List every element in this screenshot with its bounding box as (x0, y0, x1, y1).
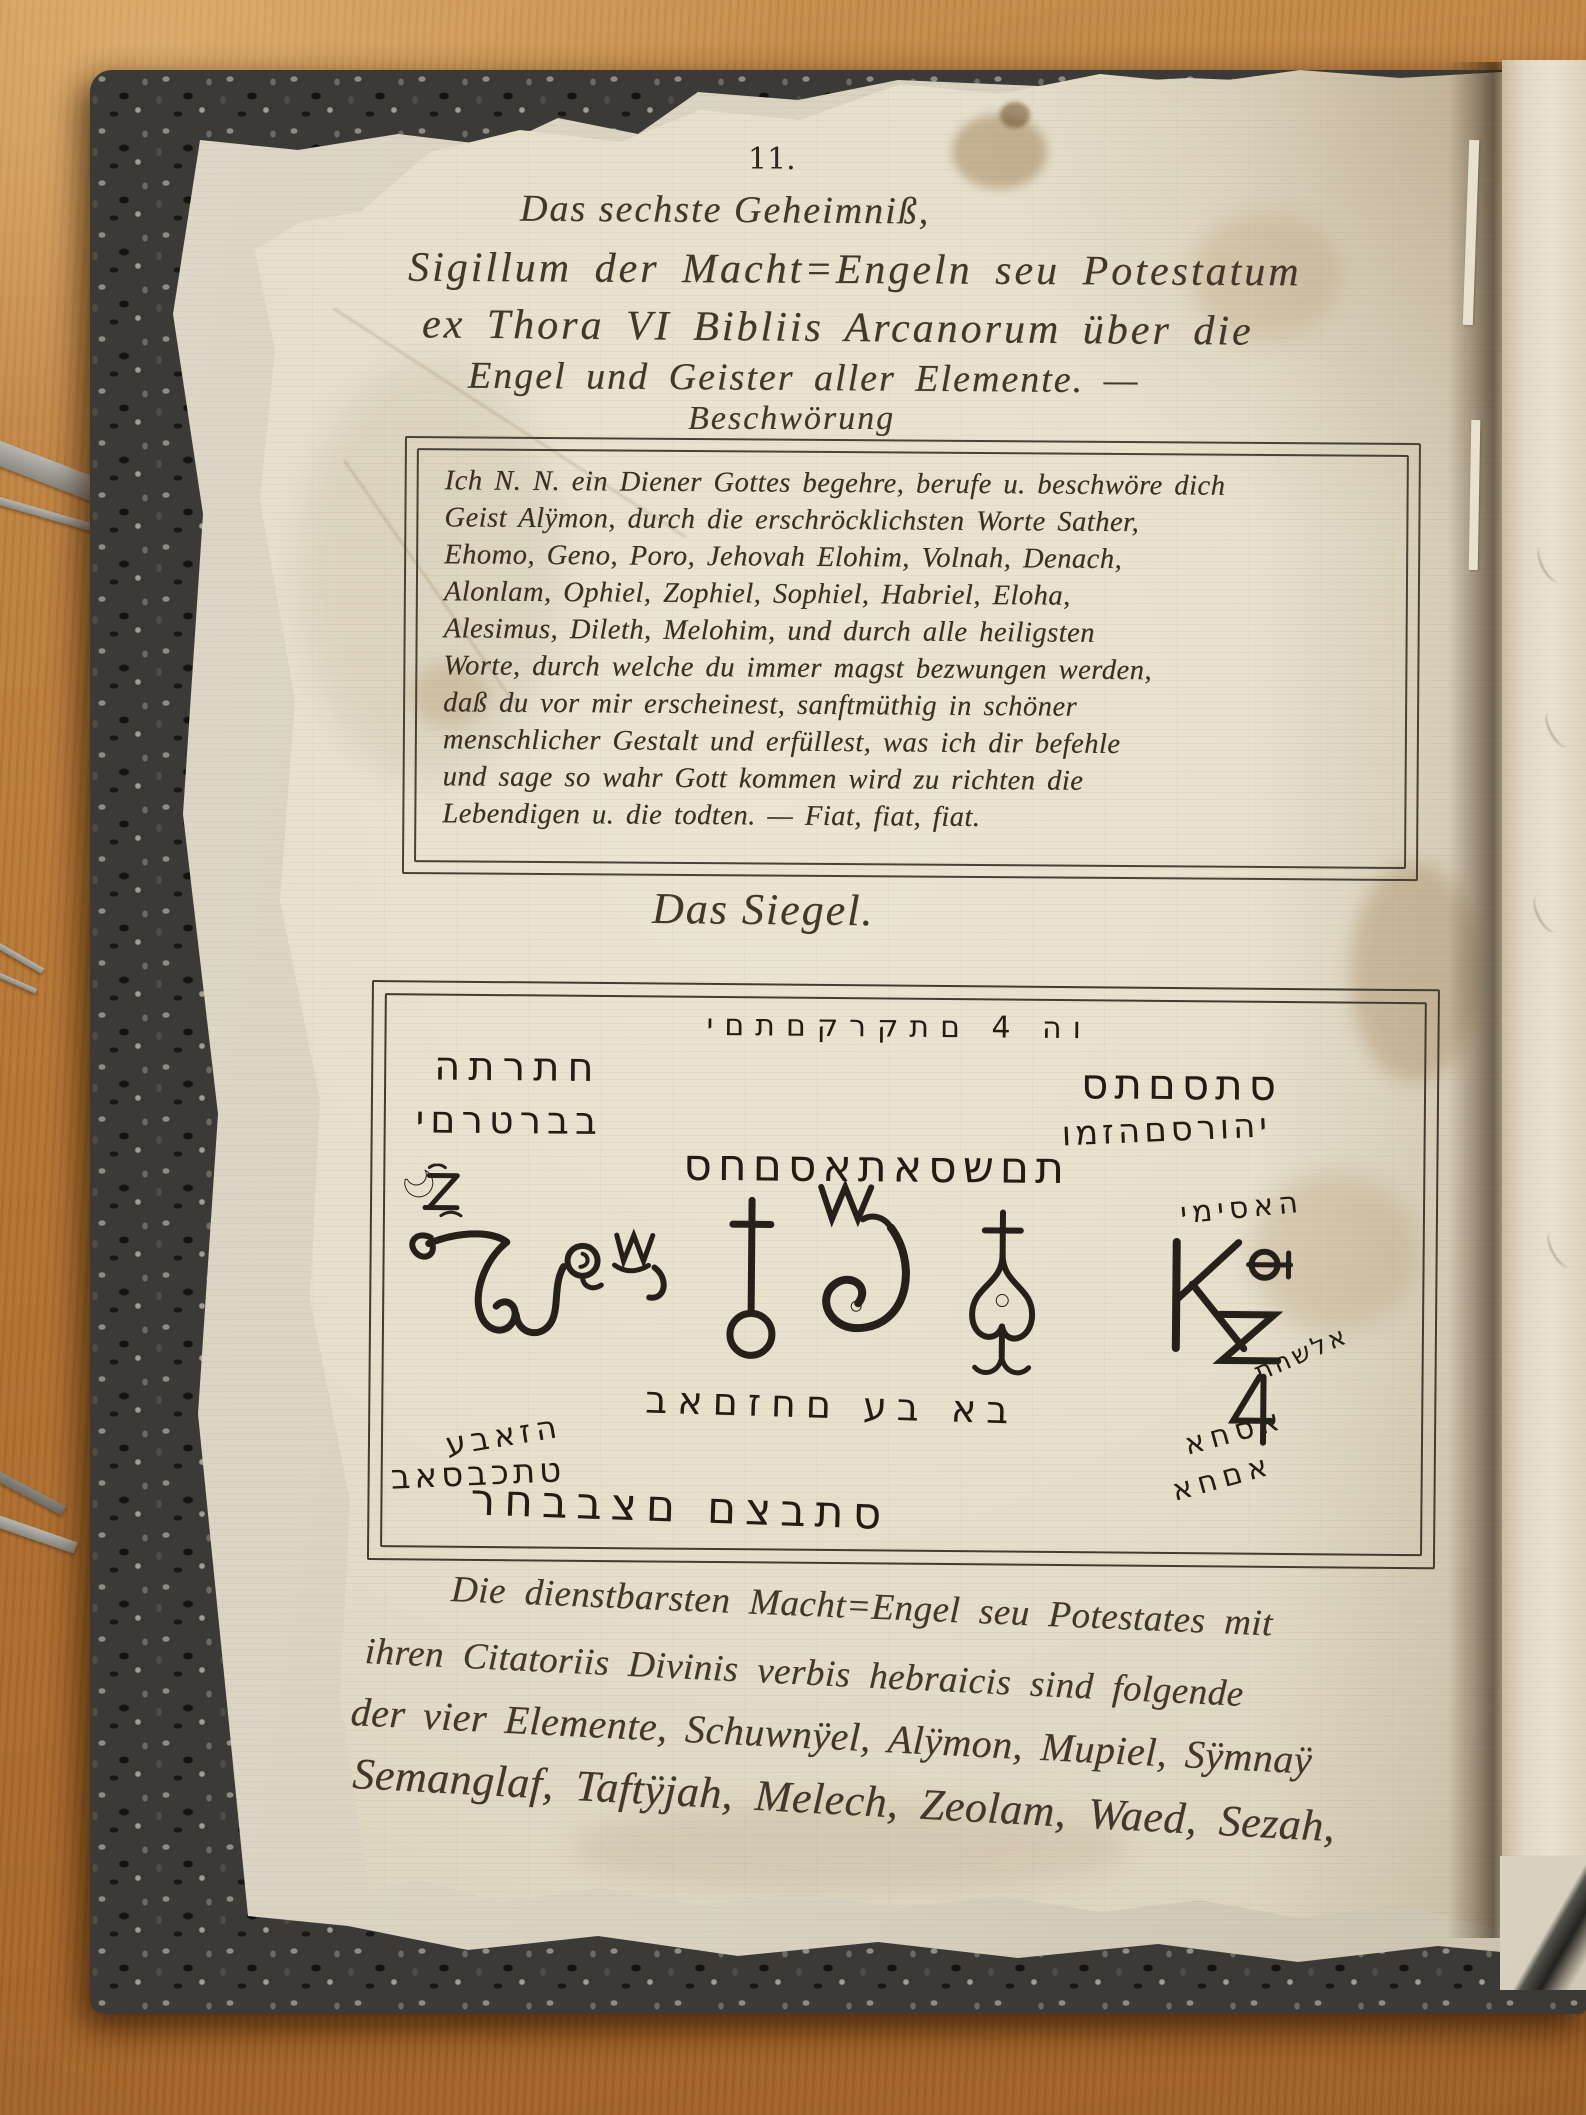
page-number: 11. (748, 142, 796, 177)
seal-inner-rule: יםתםקרקתם 4 הו התרתח סתםסתס יםרטרבב ומזה… (380, 993, 1427, 1556)
great-swoosh-sigil (400, 1207, 721, 1360)
ink-showthrough (1543, 1227, 1578, 1271)
ink-showthrough (1533, 542, 1568, 586)
hebrew-row-right-upper: סתםסתס (1081, 1059, 1282, 1110)
hebrew-row-bottom: רחבבצם םצבתס (470, 1474, 891, 1540)
bottom-right-page-edges (1500, 1856, 1586, 1990)
seal-box: יםתםקרקתם 4 הו התרתח סתםסתס יםרטרבב ומזה… (367, 980, 1440, 1569)
conjuration-text-box: Ich N. N. ein Diener Gottes begehre, ber… (402, 436, 1421, 881)
tie-string-middle-2 (0, 971, 37, 993)
tie-string-lower-2 (0, 1514, 78, 1553)
hebrew-word-right-slant-2: אחםא (1168, 1447, 1277, 1508)
hebrew-word-mid-right: ימיסאה (1179, 1185, 1305, 1232)
hebrew-row-top: יםתםקרקתם 4 הו (706, 1008, 1092, 1046)
stain (1000, 102, 1030, 128)
facing-page-edge (1502, 60, 1586, 1940)
conjuration-line: Lebendigen u. die todten. — Fiat, fiat, … (442, 795, 1378, 839)
binding-gutter-shadow (1448, 62, 1506, 1938)
photo-of-grimoire-on-table: 11. Das sechste Geheimniß, Sigillum der … (0, 0, 1586, 2115)
cross-orb-sigil (716, 1194, 787, 1365)
hebrew-row-right-lower: ומזהםסרוהי (1061, 1105, 1272, 1154)
tie-string-middle (0, 942, 44, 973)
conjuration-text: Ich N. N. ein Diener Gottes begehre, ber… (416, 450, 1407, 867)
title-line-2: Sigillum der Macht=Engeln seu Potestatum (408, 244, 1302, 297)
trident-loop-sigil (792, 1175, 944, 1362)
seal-content: יםתםקרקתם 4 הו התרתח סתםסתס יםרטרבב ומזה… (382, 995, 1425, 1554)
ink-showthrough (1529, 892, 1564, 936)
z-four-sigil (1205, 1302, 1298, 1453)
title-line-5: Beschwörung (688, 400, 895, 438)
seal-heading: Das Siegel. (652, 883, 875, 936)
title-line-3: ex Thora VI Bibliis Arcanorum über die (422, 300, 1254, 355)
cross-curl-sigil (945, 1204, 1059, 1387)
conjuration-inner-rule: Ich N. N. ein Diener Gottes begehre, ber… (414, 448, 1409, 869)
ink-showthrough (1541, 707, 1576, 751)
hebrew-row-left-lower: יםרטרבב (416, 1097, 604, 1143)
tie-string-lower (0, 1471, 66, 1516)
title-line-4: Engel und Geister aller Elemente. — (468, 354, 1140, 403)
ink-stain (952, 114, 1047, 189)
title-line-1: Das sechste Geheimniß, (520, 187, 931, 234)
hebrew-row-left-upper: התרתח (434, 1044, 602, 1091)
